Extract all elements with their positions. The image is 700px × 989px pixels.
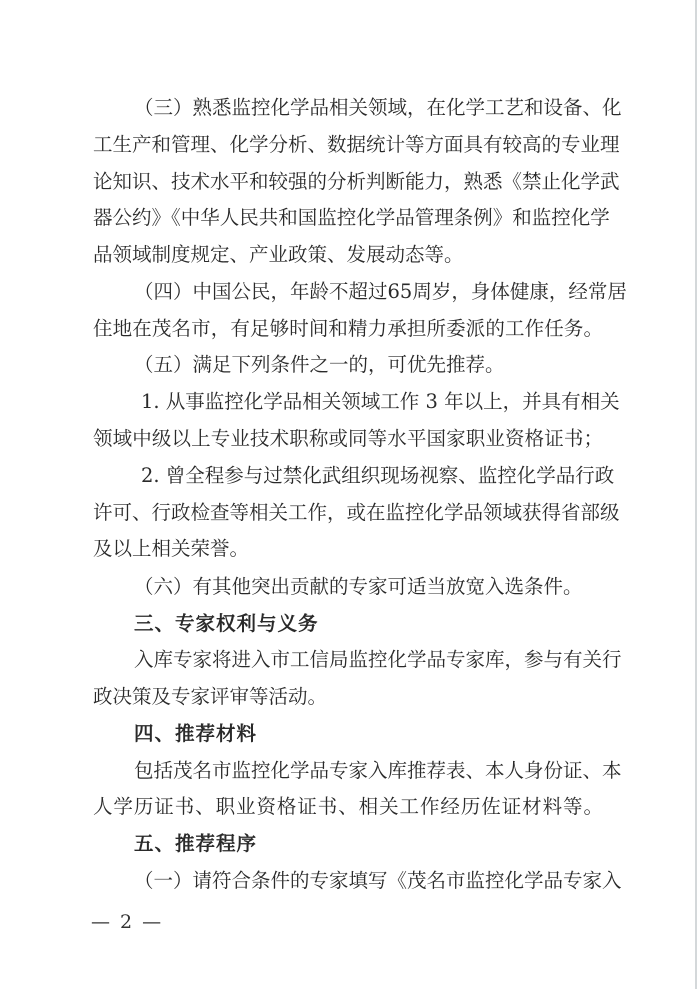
paragraph-line: 入库专家将进入市工信局监控化学品专家库，参与有关行 — [134, 642, 603, 679]
paragraph-line: （六）有其他突出贡献的专家可适当放宽入选条件。 — [134, 569, 603, 606]
paragraph-line: 器公约》《中华人民共和国监控化学品管理条例》和监控化学 — [93, 200, 603, 237]
section-heading: 五、推荐程序 — [134, 826, 603, 863]
numbered-item-line: 1. 从事监控化学品相关领域工作 3 年以上，并具有相关 — [141, 384, 603, 421]
paragraph-line: 工生产和管理、化学分析、数据统计等方面具有较高的专业理 — [93, 127, 603, 164]
page-number: — 2 — — [91, 909, 163, 935]
paragraph-line: （一）请符合条件的专家填写《茂名市监控化学品专家入 — [134, 863, 603, 900]
paragraph-line: 品领域制度规定、产业政策、发展动态等。 — [93, 237, 603, 274]
paragraph-line: 及以上相关荣誉。 — [93, 531, 603, 568]
paragraph-line: （三）熟悉监控化学品相关领域，在化学工艺和设备、化 — [134, 90, 603, 127]
numbered-item-line: 2. 曾全程参与过禁化武组织现场视察、监控化学品行政 — [141, 458, 603, 495]
paragraph-line: （四）中国公民，年龄不超过65周岁，身体健康，经常居 — [134, 274, 603, 311]
paragraph-line: 许可、行政检查等相关工作，或在监控化学品领域获得省部级 — [93, 495, 603, 532]
section-heading: 四、推荐材料 — [134, 716, 603, 753]
paragraph-line: 领域中级以上专业技术职称或同等水平国家职业资格证书； — [93, 421, 603, 458]
page-edge — [695, 0, 697, 989]
paragraph-line: 论知识、技术水平和较强的分析判断能力，熟悉《禁止化学武 — [93, 164, 603, 201]
paragraph-line: 人学历证书、职业资格证书、相关工作经历佐证材料等。 — [93, 789, 603, 826]
paragraph-line: 住地在茂名市，有足够时间和精力承担所委派的工作任务。 — [93, 311, 603, 348]
section-heading: 三、专家权利与义务 — [134, 606, 603, 643]
paragraph-line: （五）满足下列条件之一的，可优先推荐。 — [134, 347, 603, 384]
paragraph-line: 包括茂名市监控化学品专家入库推荐表、本人身份证、本 — [134, 753, 603, 790]
paragraph-line: 政决策及专家评审等活动。 — [93, 679, 603, 716]
